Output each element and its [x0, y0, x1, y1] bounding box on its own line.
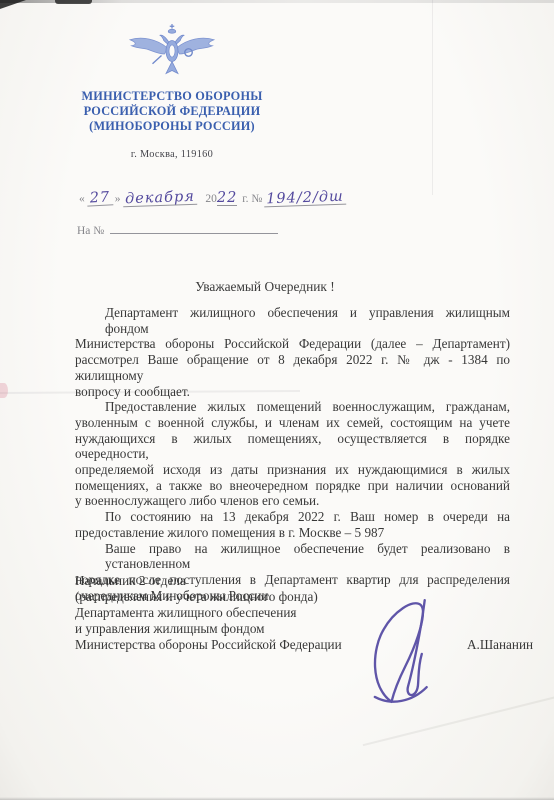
body-line: уволенным с военной службы, и членам их … — [75, 415, 510, 431]
position-line: Министерства обороны Российской Федераци… — [75, 637, 342, 653]
body-line: рассмотрел Ваше обращение от 8 декабря 2… — [75, 352, 510, 383]
org-line: МИНИСТЕРСТВО ОБОРОНЫ — [48, 89, 296, 104]
reply-label: На № — [77, 225, 104, 237]
body-line: Ваше право на жилищное обеспечение будет… — [75, 541, 510, 572]
close-quote: » — [115, 193, 121, 205]
body-line: Предоставление жилых помещений военнослу… — [75, 399, 510, 415]
number-label: г. № — [242, 193, 262, 205]
salutation: Уважаемый Очередник ! — [75, 279, 510, 295]
letter-body: Департамент жилищного обеспечения и упра… — [75, 305, 510, 603]
year-prefix: 20 — [205, 193, 217, 205]
signer-position-block: Начальник 2 отдела (распределения и учет… — [75, 573, 342, 653]
body-line: Департамент жилищного обеспечения и упра… — [75, 305, 510, 336]
letterhead-address: г. Москва, 119160 — [48, 149, 296, 160]
body-line: Министерства обороны Российской Федераци… — [75, 336, 510, 352]
body-line: По состоянию на 13 декабря 2022 г. Ваш н… — [75, 509, 510, 525]
open-quote: « — [79, 193, 85, 205]
position-line: и управления жилищным фондом — [75, 621, 342, 637]
handwritten-day: 27 — [86, 190, 113, 206]
body-line: у военнослужащего либо членов его семьи. — [75, 493, 510, 509]
reply-blank-underline — [110, 221, 278, 234]
body-line: определяемой исходя из даты признания их… — [75, 462, 510, 478]
position-line: Департамента жилищного обеспечения — [75, 605, 342, 621]
org-line: (МИНОБОРОНЫ РОССИИ) — [48, 119, 296, 134]
scanned-letter-page: МИНИСТЕРСТВО ОБОРОНЫ РОССИЙСКОЙ ФЕДЕРАЦИ… — [0, 0, 554, 800]
position-line: Начальник 2 отдела — [75, 573, 342, 589]
handwritten-year: 22 — [217, 191, 237, 206]
handwritten-signature-icon — [368, 592, 456, 710]
paragraph: По состоянию на 13 декабря 2022 г. Ваш н… — [75, 509, 510, 540]
signer-name: А.Шананин — [467, 637, 533, 653]
body-line: нуждающихся в жилых помещениях, осуществ… — [75, 431, 510, 462]
paragraph: Предоставление жилых помещений военнослу… — [75, 399, 510, 509]
body-line: вопросу и сообщает. — [75, 384, 510, 400]
mod-eagle-emblem-icon — [127, 21, 217, 81]
handwritten-number: 194/2/дш — [264, 190, 346, 208]
body-line: помещениях, а также во внеочередном поря… — [75, 478, 510, 494]
handwritten-month: декабря — [122, 190, 196, 208]
org-line: РОССИЙСКОЙ ФЕДЕРАЦИИ — [48, 104, 296, 119]
paragraph: Департамент жилищного обеспечения и упра… — [75, 305, 510, 399]
reference-date-line: «27»декабря 2022 г. №194/2/дш — [77, 191, 497, 206]
reply-to-line: На № — [77, 221, 278, 237]
body-line: предоставление жилого помещения в г. Мос… — [75, 525, 510, 541]
scan-top-blot — [55, 0, 92, 4]
paper-crease — [432, 0, 433, 195]
position-line: (распределения и учета жилищного фонда) — [75, 589, 342, 605]
edge-smudge — [0, 383, 8, 398]
letterhead-org-name: МИНИСТЕРСТВО ОБОРОНЫ РОССИЙСКОЙ ФЕДЕРАЦИ… — [48, 89, 296, 135]
